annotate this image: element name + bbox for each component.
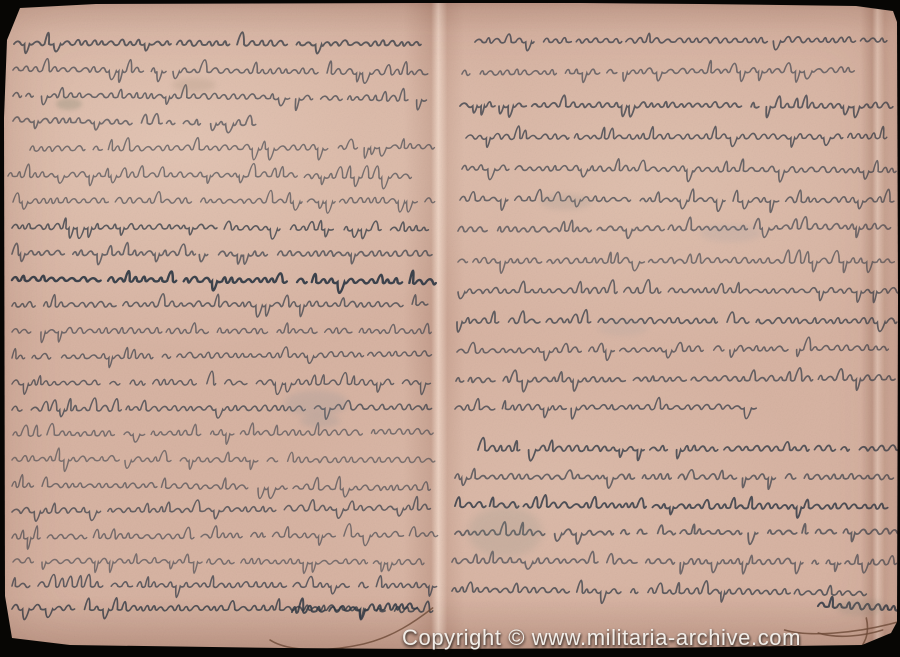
handwriting-line (11, 243, 434, 265)
stain-smudge (172, 78, 216, 92)
handwriting-line (450, 580, 868, 603)
handwriting-line (458, 189, 895, 212)
stain-smudge (836, 598, 884, 616)
handwriting-line (454, 368, 896, 392)
right-catchword-underline (784, 622, 898, 634)
stain-smudge (284, 390, 348, 416)
handwriting-line (465, 126, 889, 147)
handwriting-line (11, 59, 430, 84)
handwriting-line (10, 271, 437, 293)
right-catchword-underline (856, 618, 870, 652)
handwriting-line (10, 475, 432, 499)
right-catchword (817, 597, 900, 611)
handwriting-line (476, 438, 900, 461)
paper-grain-texture (0, 0, 900, 657)
photo-background: Copyright © www.militaria-archive.com (0, 0, 900, 657)
stain-smudge (540, 194, 592, 210)
handwriting-line (11, 398, 433, 419)
handwriting-line (454, 522, 900, 544)
handwriting-line (457, 280, 900, 303)
stain-smudge (700, 224, 762, 242)
handwriting-line (11, 114, 257, 133)
handwriting-line (11, 598, 435, 620)
handwriting-line (11, 497, 432, 522)
handwriting-line (453, 495, 889, 518)
handwriting-line (11, 554, 425, 574)
handwriting-line (11, 347, 433, 368)
handwriting-line (10, 574, 438, 597)
handwriting-line (6, 164, 413, 189)
handwriting-line (10, 448, 436, 471)
copyright-watermark: Copyright © www.militaria-archive.com (402, 625, 801, 651)
stain-smudge (598, 320, 648, 336)
letter-paper (0, 0, 900, 657)
handwriting-line (450, 551, 898, 574)
left-catchword (291, 598, 418, 619)
stain-smudge (56, 98, 82, 110)
handwriting-line (10, 524, 439, 549)
handwriting-line (461, 61, 856, 83)
handwriting-line (11, 85, 429, 111)
handwriting-line (453, 469, 894, 490)
handwriting-line (454, 398, 758, 419)
handwriting-line (456, 310, 899, 332)
stain-smudge (468, 506, 542, 558)
handwriting-line (458, 95, 894, 117)
handwriting-line (11, 323, 433, 343)
handwriting-line (11, 191, 436, 214)
handwriting-line (474, 33, 888, 50)
handwriting-line (456, 337, 890, 360)
handwriting-line (13, 32, 423, 53)
handwriting-line (12, 423, 435, 445)
handwriting-line (456, 250, 895, 273)
handwriting-line (10, 294, 429, 317)
handwriting-line (11, 371, 433, 394)
stain-smudge (300, 414, 340, 428)
handwriting-line (457, 217, 892, 239)
handwriting-line (29, 138, 436, 160)
handwriting-line (460, 159, 898, 182)
right-catchword-underline (818, 630, 883, 636)
handwriting-ink-layer (0, 0, 900, 657)
handwriting-line (10, 218, 430, 239)
